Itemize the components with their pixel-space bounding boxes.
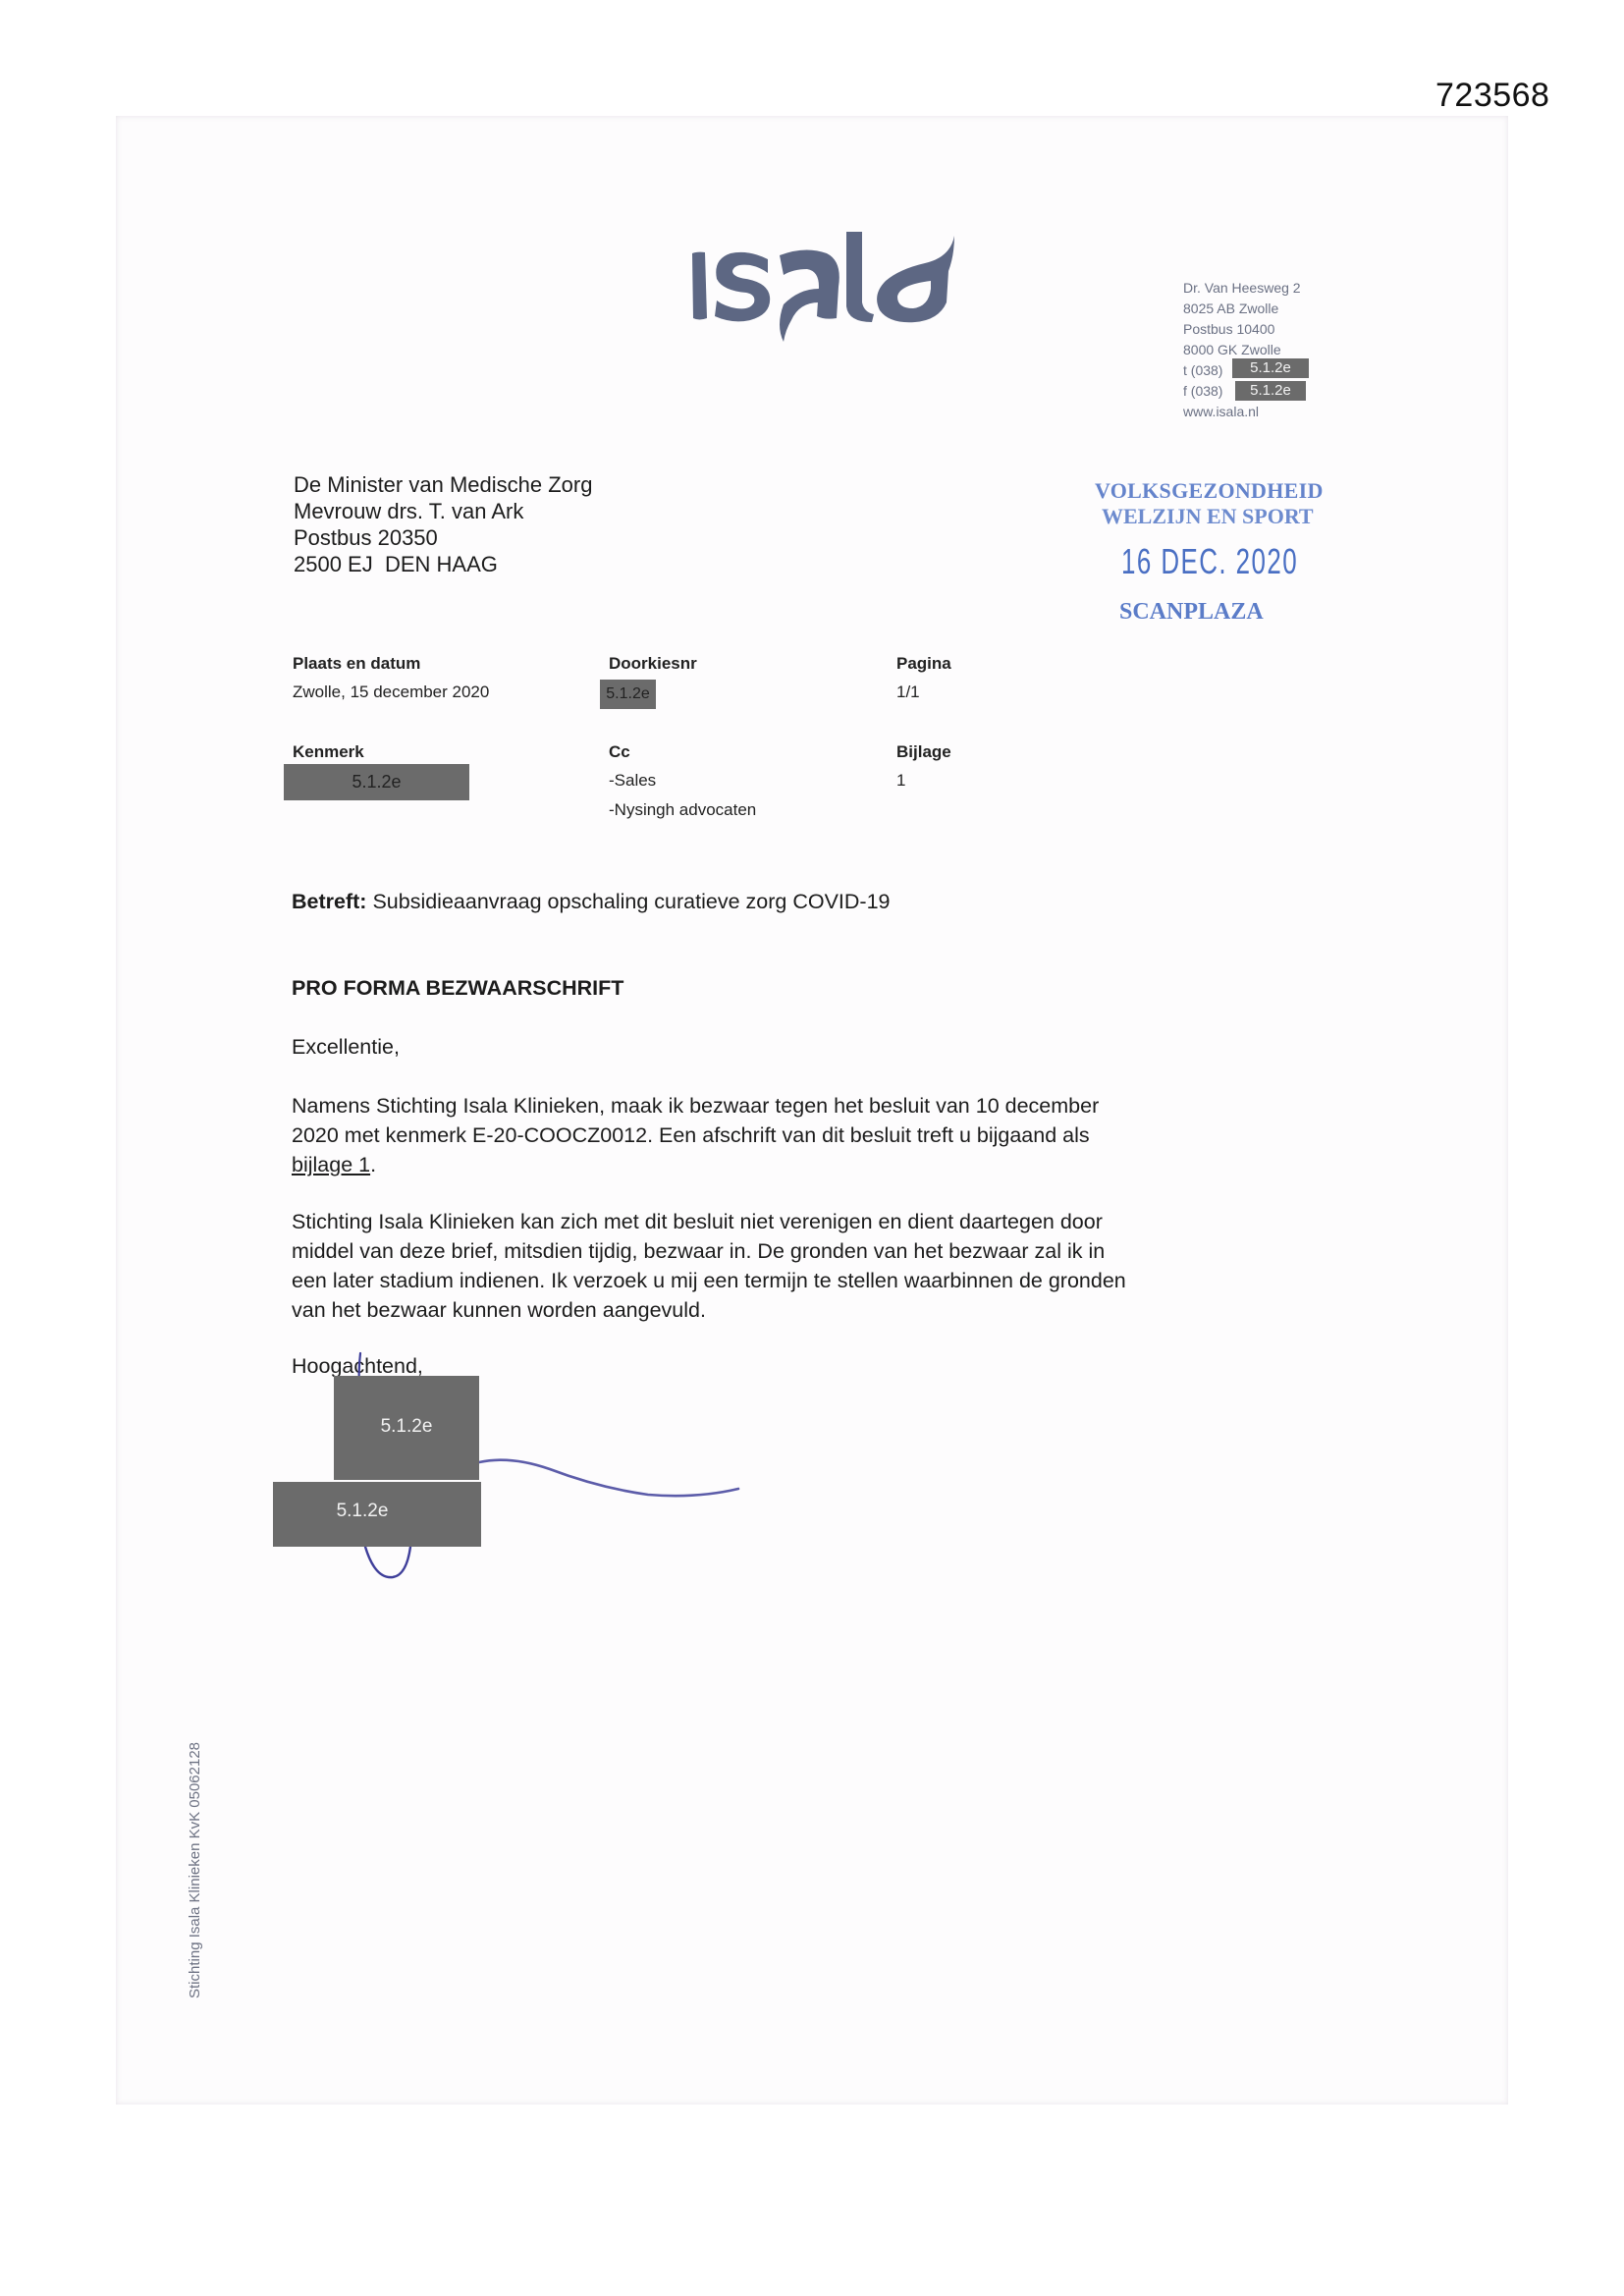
paragraph-line: middel van deze brief, mitsdien tijdig, … bbox=[292, 1236, 1126, 1266]
document-id: 723568 bbox=[1435, 77, 1549, 115]
reference-redaction: 5.1.2e bbox=[284, 764, 469, 800]
sender-address-line: Dr. Van Heesweg 2 bbox=[1183, 278, 1301, 299]
recipient-line: Mevrouw drs. T. van Ark bbox=[294, 498, 592, 524]
subject-label: Betreft: bbox=[292, 890, 366, 913]
paragraph-2: Stichting Isala Klinieken kan zich met d… bbox=[292, 1207, 1126, 1325]
cc-value: -Nysingh advocaten bbox=[609, 800, 756, 820]
salutation: Excellentie, bbox=[292, 1032, 400, 1062]
direct-number-label: Doorkiesnr bbox=[609, 654, 697, 674]
signature-title-redaction: 5.1.2e bbox=[273, 1482, 481, 1547]
attachment-value: 1 bbox=[896, 771, 905, 791]
heading-text: PRO FORMA BEZWAARSCHRIFT bbox=[292, 973, 623, 1003]
recipient-line: 2500 EJ DEN HAAG bbox=[294, 551, 592, 577]
paragraph-line: Stichting Isala Klinieken kan zich met d… bbox=[292, 1207, 1126, 1236]
cc-label: Cc bbox=[609, 742, 630, 762]
salutation-text: Excellentie, bbox=[292, 1032, 400, 1062]
subject-line: Betreft: Subsidieaanvraag opschaling cur… bbox=[292, 887, 890, 916]
paragraph-line: een later stadium indienen. Ik verzoek u… bbox=[292, 1266, 1126, 1295]
signature-name-redaction: 5.1.2e bbox=[334, 1376, 479, 1480]
stamp-line2: WELZIJN EN SPORT bbox=[1102, 504, 1314, 529]
paragraph-line: 2020 met kenmerk E-20-COOCZ0012. Een afs… bbox=[292, 1121, 1099, 1150]
reference-label: Kenmerk bbox=[293, 742, 364, 762]
recipient-address-block: De Minister van Medische Zorg Mevrouw dr… bbox=[294, 471, 592, 577]
recipient-line: Postbus 20350 bbox=[294, 524, 592, 551]
sender-address-block: Dr. Van Heesweg 2 8025 AB Zwolle Postbus… bbox=[1183, 278, 1301, 422]
sender-phone: t (038) 5.1.2e bbox=[1183, 360, 1301, 381]
received-stamp: VOLKSGEZONDHEID WELZIJN EN SPORT 16 DEC.… bbox=[1090, 474, 1345, 641]
phone-redaction: 5.1.2e bbox=[1232, 358, 1309, 378]
sender-address-line: 8000 GK Zwolle bbox=[1183, 340, 1301, 360]
stamp-line3: SCANPLAZA bbox=[1119, 599, 1264, 626]
direct-number-redaction: 5.1.2e bbox=[600, 680, 656, 709]
sender-address-line: Postbus 10400 bbox=[1183, 319, 1301, 340]
place-date-value: Zwolle, 15 december 2020 bbox=[293, 683, 489, 702]
paragraph-1: Namens Stichting Isala Klinieken, maak i… bbox=[292, 1091, 1099, 1179]
place-date-label: Plaats en datum bbox=[293, 654, 420, 674]
stamp-date: 16 DEC. 2020 bbox=[1121, 541, 1298, 582]
stamp-line1: VOLKSGEZONDHEID bbox=[1095, 478, 1324, 504]
sender-address-line: 8025 AB Zwolle bbox=[1183, 299, 1301, 319]
paragraph-line: van het bezwaar kunnen worden aangevuld. bbox=[292, 1295, 1126, 1325]
paragraph-line: Namens Stichting Isala Klinieken, maak i… bbox=[292, 1091, 1099, 1121]
page-label: Pagina bbox=[896, 654, 951, 674]
attachment-link[interactable]: bijlage 1 bbox=[292, 1153, 370, 1176]
fax-prefix: f (038) bbox=[1183, 383, 1222, 399]
letter-heading: PRO FORMA BEZWAARSCHRIFT bbox=[292, 973, 623, 1003]
sender-fax: f (038) 5.1.2e bbox=[1183, 381, 1301, 402]
subject-text: Subsidieaanvraag opschaling curatieve zo… bbox=[372, 890, 890, 913]
footer-registration: Stichting Isala Klinieken KvK 05062128 bbox=[187, 1742, 203, 1998]
attachment-label: Bijlage bbox=[896, 742, 951, 762]
cc-value: -Sales bbox=[609, 771, 656, 791]
paragraph-end: . bbox=[370, 1153, 376, 1176]
isala-logo bbox=[689, 232, 954, 342]
sender-website: www.isala.nl bbox=[1183, 402, 1301, 422]
recipient-line: De Minister van Medische Zorg bbox=[294, 471, 592, 498]
page-value: 1/1 bbox=[896, 683, 920, 702]
fax-redaction: 5.1.2e bbox=[1235, 381, 1306, 401]
phone-prefix: t (038) bbox=[1183, 362, 1222, 378]
